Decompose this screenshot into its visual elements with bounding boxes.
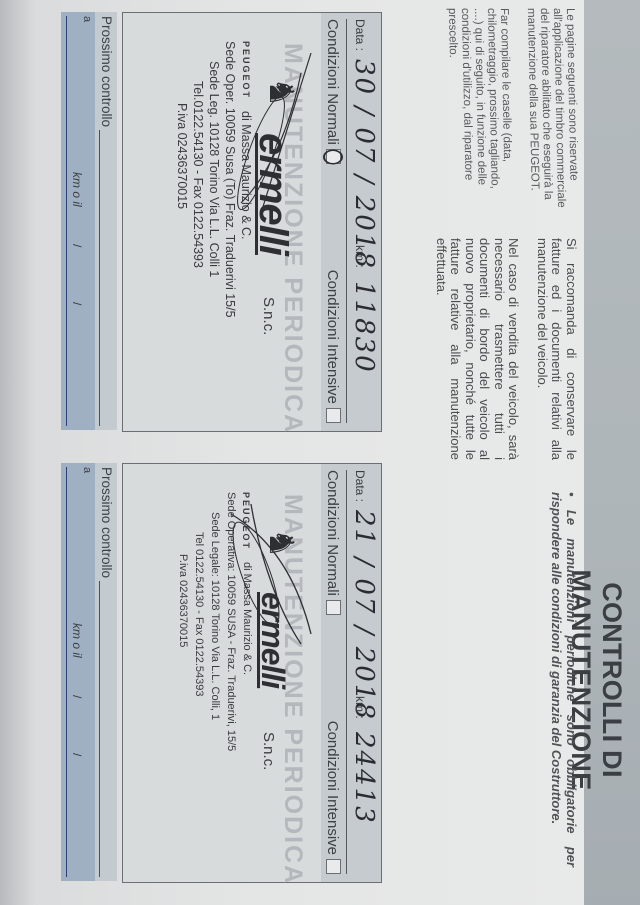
date-km-row: Data : 21 / 07 / 2018 km : 24413 bbox=[346, 470, 377, 874]
date-label: Data : bbox=[353, 470, 367, 502]
cond-normal-checkbox[interactable] bbox=[326, 149, 341, 164]
cond-normal: Condizioni Normali bbox=[324, 470, 341, 615]
stamp-marque: PEUGEOT bbox=[241, 41, 251, 99]
next-check-label: Prossimo controllo bbox=[99, 16, 114, 127]
next-check: Prossimo controllo a km o il / / bbox=[47, 12, 117, 432]
title-bar: CONTROLLI DI MANUTENZIONE bbox=[584, 0, 640, 905]
next-km-date-line[interactable] bbox=[66, 467, 67, 877]
cond-intensive-checkbox[interactable] bbox=[326, 408, 341, 423]
km-label: km : bbox=[353, 245, 367, 268]
date-label: Data : bbox=[353, 19, 367, 51]
page-edge-shadow bbox=[0, 0, 35, 905]
next-km-date-line[interactable] bbox=[66, 16, 67, 426]
km-label: km : bbox=[353, 696, 367, 719]
warranty-note: • Le manutenzioni periodiche sono obblig… bbox=[549, 492, 578, 867]
cond-normal-label: Condizioni Normali bbox=[324, 470, 341, 596]
stamp-owner: di Massa Maurizio & C. bbox=[239, 111, 253, 240]
intro-column-1: Le pagine seguenti sono riservate all'ap… bbox=[431, 8, 580, 208]
stamp-line: P.iva 02436370015 bbox=[177, 554, 189, 647]
date-field[interactable]: 21 / 07 / 2018 bbox=[349, 510, 379, 721]
cond-normal-checkbox[interactable] bbox=[326, 600, 341, 615]
stamp-brand: ermelli bbox=[250, 133, 295, 255]
stamp-owner: di Massa Maurizio & C. bbox=[241, 562, 253, 675]
date-km-row: Data : 30 / 07 / 2018 km : 11830 bbox=[346, 19, 377, 423]
next-check-line[interactable] bbox=[99, 130, 100, 426]
stamp-line: Sede Legale: 10128 Torino Via L.L. Colli… bbox=[209, 512, 221, 720]
maintenance-entry-1: Data : 30 / 07 / 2018 km : 11830 Condizi… bbox=[47, 12, 382, 432]
next-check: Prossimo controllo a km o il / / bbox=[47, 463, 117, 883]
stamp-line: Tel 0122.54130 - Fax 0122.54393 bbox=[193, 532, 205, 697]
stamp-suffix: S.n.c. bbox=[260, 732, 277, 770]
maintenance-entry-2: Data : 21 / 07 / 2018 km : 24413 Condizi… bbox=[47, 463, 382, 883]
cond-intensive-checkbox[interactable] bbox=[326, 859, 341, 874]
date-separator: / bbox=[70, 302, 84, 305]
peugeot-lion-icon: ♞ bbox=[261, 77, 301, 107]
intro-paragraph: Far compilare le caselle (data, chilomet… bbox=[445, 8, 514, 208]
km-or-date-label: km o il bbox=[70, 172, 84, 207]
stamp-line: P.iva 02436370015 bbox=[175, 103, 189, 209]
date-field[interactable]: 30 / 07 / 2018 bbox=[349, 59, 379, 270]
cond-intensive: Condizioni Intensive bbox=[324, 721, 341, 874]
cond-intensive-label: Condizioni Intensive bbox=[324, 721, 341, 855]
cond-normal: Condizioni Normali bbox=[324, 19, 341, 164]
next-check-line[interactable] bbox=[99, 581, 100, 877]
stamp-suffix: S.n.c. bbox=[260, 297, 277, 335]
stamp-marque: PEUGEOT bbox=[241, 492, 251, 550]
entry-frame: Data : 21 / 07 / 2018 km : 24413 Condizi… bbox=[122, 463, 382, 883]
date-separator: / bbox=[70, 244, 84, 247]
cond-normal-label: Condizioni Normali bbox=[324, 19, 341, 145]
intro-paragraph: Le pagine seguenti sono riservate all'ap… bbox=[524, 8, 580, 208]
intro-paragraph: Si raccomanda di conservare le fatture e… bbox=[535, 238, 579, 460]
entry-header: Data : 30 / 07 / 2018 km : 11830 Condizi… bbox=[321, 13, 381, 431]
entry-header: Data : 21 / 07 / 2018 km : 24413 Condizi… bbox=[321, 464, 381, 882]
stamp-brand: ermelli bbox=[254, 592, 291, 688]
km-field[interactable]: 11830 bbox=[349, 281, 379, 374]
entry-frame: Data : 30 / 07 / 2018 km : 11830 Condizi… bbox=[122, 12, 382, 432]
km-field[interactable]: 24413 bbox=[349, 732, 379, 825]
peugeot-lion-icon: ♞ bbox=[261, 528, 301, 558]
stamp-line: Sede Leg. 10128 Torino Via L.L. Colli 1 bbox=[207, 61, 221, 277]
stamp-line: Sede Oper. 10059 Susa (To) Fraz. Traduer… bbox=[223, 41, 237, 318]
stamp-line: Sede Operativa: 10059 SUSA - Fraz. Tradu… bbox=[225, 492, 237, 751]
a-label: a bbox=[81, 467, 93, 473]
intro-column-3: • Le manutenzioni periodiche sono obblig… bbox=[535, 492, 578, 867]
conditions-row: Condizioni Normali Condizioni Intensive bbox=[321, 470, 341, 874]
next-check-label: Prossimo controllo bbox=[99, 467, 114, 578]
conditions-row: Condizioni Normali Condizioni Intensive bbox=[321, 19, 341, 423]
cond-intensive-label: Condizioni Intensive bbox=[324, 270, 341, 404]
maintenance-booklet-page: CONTROLLI DI MANUTENZIONE Le pagine segu… bbox=[0, 0, 640, 905]
cond-intensive: Condizioni Intensive bbox=[324, 270, 341, 423]
intro-column-2: Si raccomanda di conservare le fatture e… bbox=[420, 238, 579, 460]
date-separator: / bbox=[70, 695, 84, 698]
km-or-date-label: km o il bbox=[70, 623, 84, 658]
date-separator: / bbox=[70, 753, 84, 756]
intro-paragraph: Nel caso di vendita del veicolo, sarà ne… bbox=[434, 238, 521, 460]
a-label: a bbox=[81, 16, 93, 22]
stamp-line: Tel.0122.54130 - Fax 0122.54393 bbox=[191, 81, 205, 268]
